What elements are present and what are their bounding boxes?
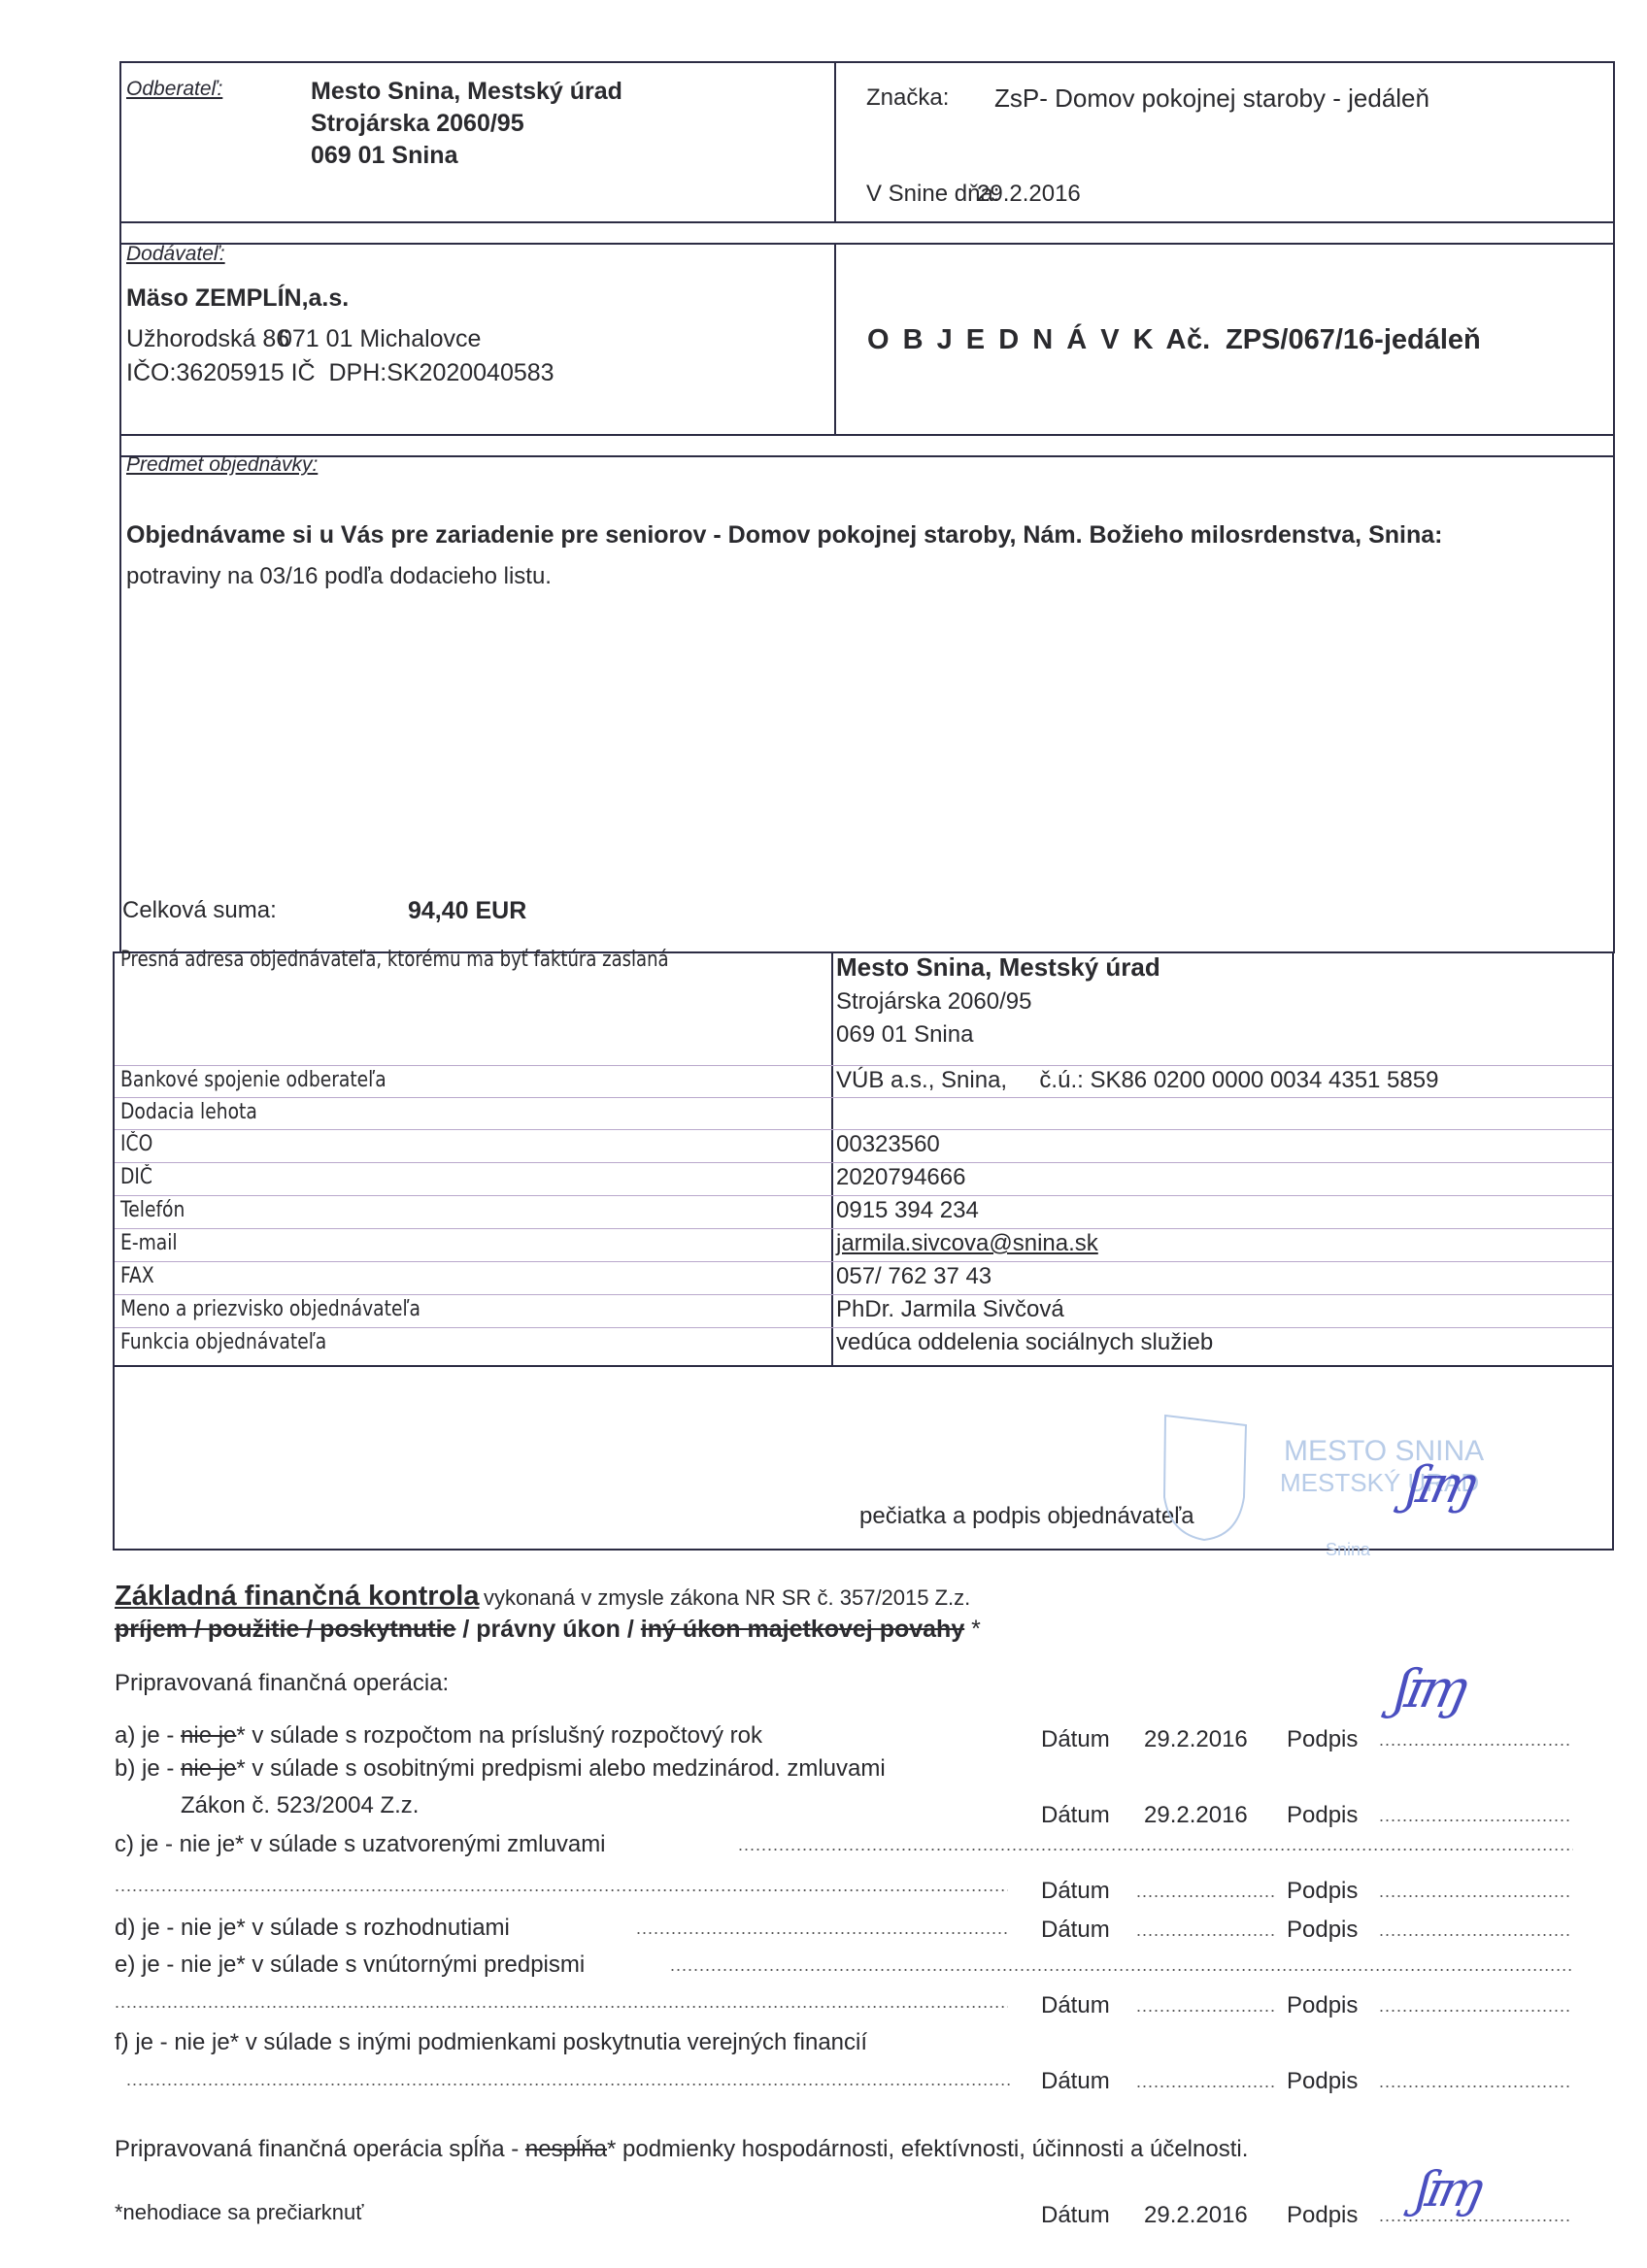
date-field[interactable]: ........................................… <box>1136 2072 1277 2092</box>
row-divider <box>115 1129 1612 1130</box>
subject-line-2: potraviny na 03/16 podľa dodacieho listu… <box>126 563 552 590</box>
sign-field[interactable]: ........................................… <box>1379 1730 1571 1751</box>
date-field[interactable]: ........................................… <box>1136 1882 1277 1902</box>
supplier-label: Dodávateľ: <box>126 243 225 266</box>
control-law: vykonaná v zmysle zákona NR SR č. 357/20… <box>484 1585 970 1610</box>
types-kept: právny úkon <box>476 1616 621 1643</box>
sign-field[interactable]: ........................................… <box>1379 2072 1571 2092</box>
control-title-row: Základná finančná kontrola vykonaná v zm… <box>115 1581 970 1613</box>
detail-label: Telefón <box>120 1198 185 1222</box>
control-title: Základná finančná kontrola <box>115 1581 479 1612</box>
email-link[interactable]: jarmila.sivcova@snina.sk <box>836 1230 1098 1257</box>
buyer-label: Odberateľ: <box>126 78 222 101</box>
box-top-border <box>120 61 1614 63</box>
c-fill-line[interactable]: ........................................… <box>738 1835 1573 1855</box>
column-divider-top <box>834 61 836 221</box>
date-label: Dátum <box>1041 1917 1110 1944</box>
mark-label: Značka: <box>866 84 949 112</box>
divider-header-2 <box>120 243 1614 245</box>
total-value: 94,40 EUR <box>408 897 526 925</box>
order-number: ZPS/067/16-jedáleň <box>1226 324 1481 356</box>
date-field[interactable]: ........................................… <box>1136 1920 1277 1941</box>
types-struck-2: iný úkon majetkovej povahy <box>641 1616 964 1643</box>
subject-line-1: Objednávame si u Vás pre zariadenie pre … <box>126 521 1442 550</box>
invoice-name: Mesto Snina, Mestský úrad <box>836 952 1160 983</box>
conclusion-end: * podmienky hospodárnosti, efektívnosti,… <box>607 2136 1248 2162</box>
item-prefix: e) je - nie je <box>115 1951 236 1978</box>
conclusion-start: Pripravovaná finančná operácia spĺňa - <box>115 2136 525 2162</box>
conclusion-struck: nespĺňa <box>525 2136 607 2162</box>
detail-value: VÚB a.s., Snina, č.ú.: SK86 0200 0000 00… <box>836 1067 1438 1094</box>
date-label: Dátum <box>1041 1992 1110 2019</box>
types-star: * <box>964 1616 981 1643</box>
detail-label: FAX <box>120 1264 154 1288</box>
control-item-c: c) je - nie je* v súlade s uzatvorenými … <box>115 1831 606 1858</box>
c-fill-line-2[interactable]: ........................................… <box>115 1876 1008 1896</box>
buyer-city: 069 01 Snina <box>311 142 457 170</box>
item-text: * v súlade s rozhodnutiami <box>236 1915 509 1941</box>
supplier-city: 071 01 Michalovce <box>279 325 481 353</box>
d-fill-line[interactable]: ........................................… <box>636 1918 1010 1939</box>
item-subtext: Zákon č. 523/2004 Z.z. <box>181 1792 419 1819</box>
control-types-row: príjem / použitie / poskytnutie / právny… <box>115 1616 981 1644</box>
date-label: Dátum <box>1041 1878 1110 1905</box>
final-date-label: Dátum <box>1041 2202 1110 2229</box>
buyer-name: Mesto Snina, Mestský úrad <box>311 78 622 106</box>
table-left-border <box>113 951 115 1550</box>
supplier-name: Mäso ZEMPLÍN,a.s. <box>126 284 349 313</box>
item-text: * v súlade s rozpočtom na príslušný rozp… <box>236 1722 762 1749</box>
sign-label: Podpis <box>1287 1992 1358 2019</box>
control-item-b: b) je - nie je* v súlade s osobitnými pr… <box>115 1755 886 1783</box>
date-field[interactable]: ........................................… <box>1136 1996 1277 2017</box>
supplier-ids: IČO:36205915 IČ DPH:SK2020040583 <box>126 359 555 387</box>
box-right-border <box>1613 61 1615 953</box>
date-label: Dátum <box>1041 2068 1110 2095</box>
f-fill-line[interactable]: ........................................… <box>126 2070 1010 2090</box>
detail-value: 057/ 762 37 43 <box>836 1263 992 1290</box>
column-divider-supplier <box>834 243 836 435</box>
item-prefix: d) je - nie je <box>115 1915 236 1941</box>
divider-header <box>120 221 1614 223</box>
date-value: 29.2.2016 <box>1144 1802 1248 1829</box>
buyer-street: Strojárska 2060/95 <box>311 110 524 138</box>
row-divider <box>115 1195 1612 1196</box>
order-title: O B J E D N Á V K A <box>867 324 1189 356</box>
stamp-text-3: Snina <box>1326 1540 1370 1560</box>
row-divider <box>115 1228 1612 1229</box>
supplier-street: Užhorodská 86 <box>126 325 289 353</box>
stamp-caption: pečiatka a podpis objednávateľa <box>859 1503 1194 1530</box>
row-divider <box>115 1065 1612 1066</box>
subject-label: Predmet objednávky: <box>126 453 318 477</box>
sign-label: Podpis <box>1287 1917 1358 1944</box>
footnote: *nehodiace sa prečiarknuť <box>115 2200 364 2225</box>
detail-value: 00323560 <box>836 1131 940 1158</box>
date-value: 29.2.2016 <box>977 181 1081 208</box>
sign-field[interactable]: ........................................… <box>1379 1996 1571 2017</box>
detail-label: Dodacia lehota <box>120 1100 257 1124</box>
row-divider <box>115 1261 1612 1262</box>
box-left-border <box>119 61 121 953</box>
row-divider <box>115 1294 1612 1295</box>
detail-label: DIČ <box>120 1165 152 1189</box>
sign-field[interactable]: ........................................… <box>1379 1920 1571 1941</box>
control-item-f: f) je - nie je* v súlade s inými podmien… <box>115 2029 867 2056</box>
detail-label: Funkcia objednávateľa <box>120 1330 326 1354</box>
date-label: Dátum <box>1041 1802 1110 1829</box>
row-divider <box>115 1162 1612 1163</box>
mark-value: ZsP- Domov pokojnej staroby - jedáleň <box>994 83 1429 114</box>
types-separator: / <box>455 1616 476 1643</box>
item-text: * v súlade s inými podmienkami poskytnut… <box>230 2029 867 2055</box>
invoice-city: 069 01 Snina <box>836 1021 973 1049</box>
sign-field[interactable]: ........................................… <box>1379 1806 1571 1826</box>
conclusion: Pripravovaná finančná operácia spĺňa - n… <box>115 2136 1248 2163</box>
item-struck: nie je <box>181 1755 236 1782</box>
detail-value: vedúca oddelenia sociálnych služieb <box>836 1329 1213 1356</box>
control-intro: Pripravovaná finančná operácia: <box>115 1670 449 1697</box>
divider-supplier <box>120 434 1614 436</box>
detail-value: 2020794666 <box>836 1164 965 1191</box>
divider-supplier-2 <box>120 455 1614 457</box>
sign-label: Podpis <box>1287 1802 1358 1829</box>
sign-field[interactable]: ........................................… <box>1379 1882 1571 1902</box>
date-label: Dátum <box>1041 1726 1110 1753</box>
item-struck: nie je <box>181 1722 236 1749</box>
item-prefix: a) je - <box>115 1722 181 1749</box>
item-prefix: b) je - <box>115 1755 181 1782</box>
row-divider <box>115 1097 1612 1098</box>
divider-table-end <box>113 1365 1614 1367</box>
detail-label: Meno a priezvisko objednávateľa <box>120 1297 420 1321</box>
invoice-address-label: Presná adresa objednávateľa, ktorému ma … <box>120 948 669 972</box>
detail-value: PhDr. Jarmila Sivčová <box>836 1296 1064 1323</box>
table-column-divider <box>831 951 833 1367</box>
detail-value: 0915 394 234 <box>836 1197 979 1224</box>
signature-a: ʃɪɱ <box>1390 1658 1472 1719</box>
item-prefix: c) je - nie je <box>115 1831 235 1857</box>
total-label: Celková suma: <box>122 897 277 924</box>
divider-stamp-end <box>113 1549 1614 1551</box>
signature-final: ʃɪɱ <box>1412 2161 1487 2218</box>
item-text: * v súlade s uzatvorenými zmluvami <box>235 1831 605 1857</box>
sign-label: Podpis <box>1287 1726 1358 1753</box>
detail-label: Bankové spojenie odberateľa <box>120 1068 387 1092</box>
item-text: * v súlade s vnútornými predpismi <box>236 1951 585 1978</box>
row-divider <box>115 1327 1612 1328</box>
detail-label: IČO <box>120 1132 152 1156</box>
date-value: 29.2.2016 <box>1144 1726 1248 1753</box>
types-separator: / <box>621 1616 641 1643</box>
item-text: * v súlade s osobitnými predpismi alebo … <box>236 1755 885 1782</box>
final-sign-label: Podpis <box>1287 2202 1358 2229</box>
city-crest-stamp-icon <box>1160 1410 1248 1546</box>
detail-label: E-mail <box>120 1231 178 1255</box>
e-fill-line-2[interactable]: ........................................… <box>115 1992 1008 2013</box>
signature-stamp: ʃɪɱ <box>1402 1456 1481 1515</box>
control-item-e: e) je - nie je* v súlade s vnútornými pr… <box>115 1951 585 1979</box>
table-right-border <box>1612 951 1614 1550</box>
order-number-prefix: č. <box>1187 324 1210 356</box>
control-item-a: a) je - nie je* v súlade s rozpočtom na … <box>115 1722 762 1750</box>
e-fill-line[interactable]: ........................................… <box>670 1955 1573 1976</box>
invoice-street: Strojárska 2060/95 <box>836 988 1031 1016</box>
item-prefix: f) je - nie je <box>115 2029 230 2055</box>
sign-label: Podpis <box>1287 2068 1358 2095</box>
control-item-d: d) je - nie je* v súlade s rozhodnutiami <box>115 1915 510 1942</box>
types-struck-1: príjem / použitie / poskytnutie <box>115 1616 455 1643</box>
final-date: 29.2.2016 <box>1144 2202 1248 2229</box>
sign-label: Podpis <box>1287 1878 1358 1905</box>
